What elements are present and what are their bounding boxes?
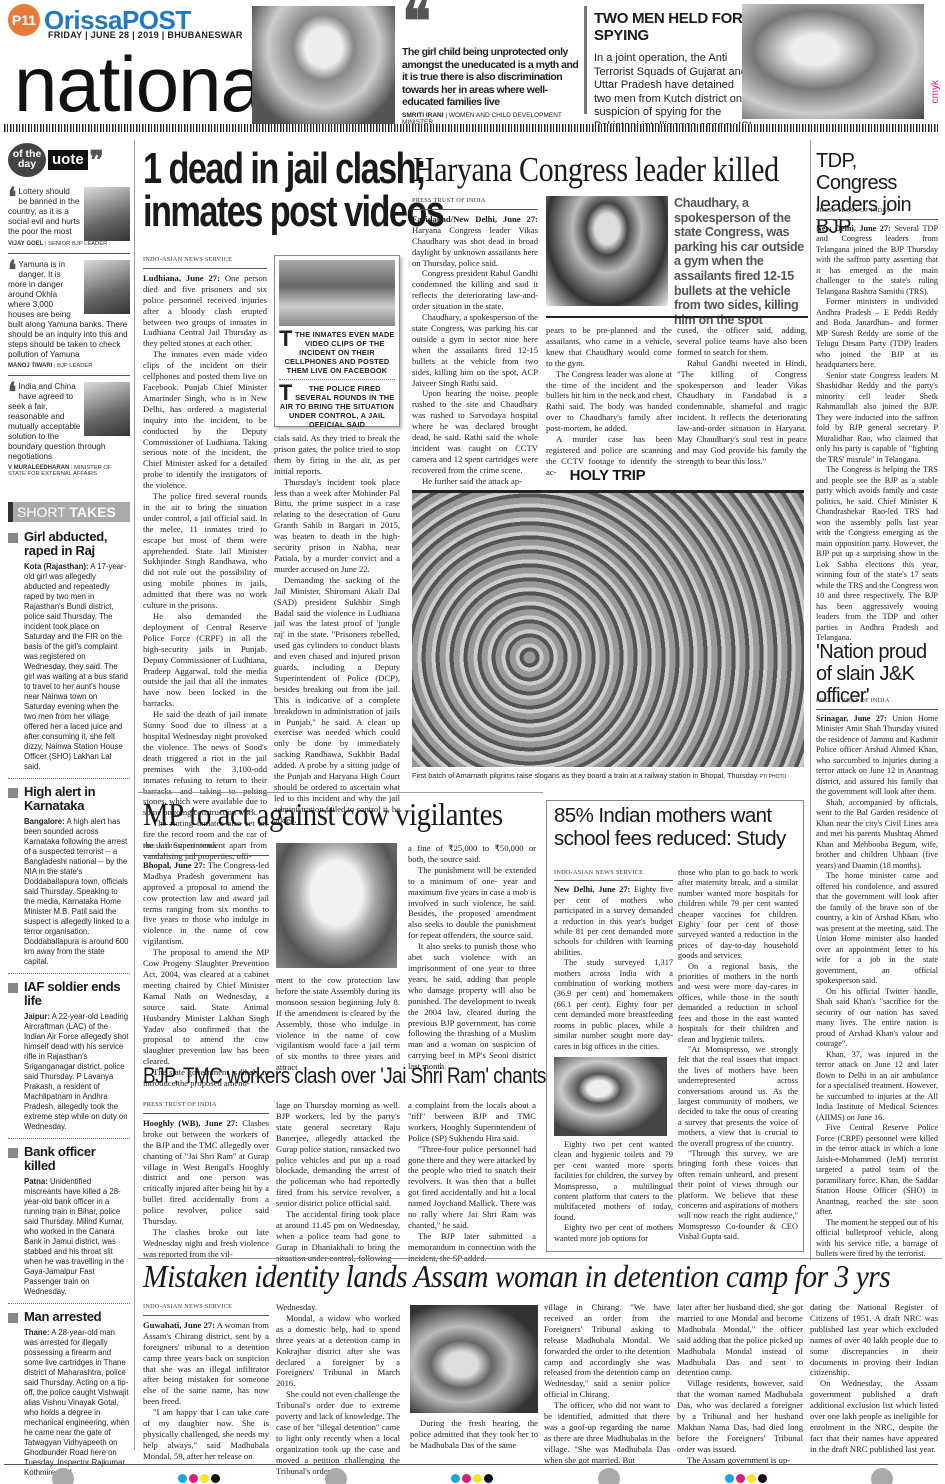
holy-trip-caption: First batch of Amarnath pilgrims raise s… — [412, 771, 786, 780]
tmc-col3: a complaint from the locals about a "tif… — [408, 1100, 536, 1264]
jail-story-col2: cials said. As they tried to break the p… — [274, 433, 400, 826]
registration-marks — [0, 1468, 945, 1484]
rule — [546, 316, 808, 318]
short-take-item: Bank officer killed Patna: Unidentified … — [8, 1145, 130, 1297]
tmc-col1: PRESS TRUST OF INDIA Hooghly (WB), June … — [143, 1100, 269, 1260]
pull-quote: TTHE POLICE FIRED SEVERAL ROUNDS IN THE … — [279, 384, 395, 429]
quote-icon: ❛ — [8, 187, 16, 207]
jail-police-photo — [279, 260, 395, 326]
footer-rule — [4, 1464, 938, 1465]
short-take-item: Girl abducted, raped in Raj Kota (Rajast… — [8, 530, 130, 772]
top-quote-text: The girl child being unprotected only am… — [402, 46, 582, 108]
quote-mark-icon: ❞ — [90, 150, 104, 170]
short-take-item: High alert in Karnataka Bangalore: A hig… — [8, 785, 130, 967]
mothers-col1: INDO-ASIAN NEWS SERVICE New Delhi, June … — [554, 868, 673, 1052]
cow-headline: MP to act against cow vigilantes — [143, 796, 503, 833]
amarnath-pilgrims-photo — [412, 493, 804, 767]
rule — [138, 792, 543, 793]
madhubala-photo — [410, 1305, 538, 1413]
column-divider — [134, 140, 135, 1450]
assam-col4: village in Chirang. "We have received an… — [544, 1302, 670, 1466]
section-title: national — [14, 45, 279, 123]
haryana-side-pull: Chaudhary, a spokesperson of the state C… — [674, 196, 806, 327]
haryana-col3: cused, the officer said, adding, several… — [677, 325, 807, 467]
otd-quote-3: ❛India and China have agreed to seek a f… — [8, 382, 130, 477]
assam-col2: Wednesday. Mondal, a widow who worked as… — [276, 1302, 400, 1477]
otd-label: uote — [48, 150, 88, 170]
logo-text: OrissaPOST — [44, 8, 191, 32]
page-number-badge: P11 — [8, 4, 40, 36]
jail-pull-box: TTHE INMATES EVEN MADE VIDEO CLIPS OF TH… — [274, 255, 400, 427]
registration-mark-icon — [325, 1468, 347, 1484]
divider — [584, 6, 587, 114]
cmyk-dots-icon — [724, 1470, 768, 1484]
cow-col2: ment to the cow protection law before th… — [276, 975, 400, 1073]
quote-icon: ❛ — [8, 260, 16, 280]
mothers-headline: 85% Indian mothers want school fees redu… — [554, 804, 804, 850]
manoj-tiwari-photo — [84, 260, 130, 314]
assam-col1: INDO-ASIAN NEWS SERVICE Guwahati, June 2… — [143, 1302, 269, 1462]
handcuffs-photo — [742, 4, 924, 119]
mothers-family-photo — [554, 1057, 667, 1136]
assam-col6: dating the National Register of Citizens… — [810, 1302, 938, 1455]
tdp-body: PRESS TRUST OF INDIA New Delhi, June 27:… — [816, 206, 938, 644]
cmyk-dots-icon — [177, 1470, 221, 1484]
header-rule — [4, 124, 938, 132]
tmc-col2: lage on Thursday morning as well. BJP wo… — [276, 1100, 400, 1264]
jk-body: PRESS TRUST OF INDIA Srinagar, June 27: … — [816, 696, 938, 1260]
jail-story-col1: INDO-ASIAN NEWS SERVICE Ludhiana, June 2… — [143, 255, 267, 862]
mothers-col1b: Eighty two per cent wanted clean and hyg… — [554, 1140, 673, 1244]
mothers-col2: those who plan to go back to work after … — [678, 868, 798, 1243]
vijay-goel-photo — [84, 187, 130, 241]
spy-headline: TWO MEN HELD FOR SPYING — [594, 10, 752, 44]
haryana-col1: PRESS TRUST OF INDIA Faridabad/New Delhi… — [412, 196, 538, 487]
cow-photo — [276, 843, 397, 968]
top-quote: ❝ The girl child being unprotected only … — [402, 6, 582, 126]
quote-mark-icon: ❝ — [402, 6, 582, 38]
jail-story-headline: 1 dead in jail clash; inmates post video… — [143, 148, 413, 234]
spy-body: In a joint operation, the Anti Terrorist… — [594, 52, 752, 134]
otd-quote-1: ❛Lottery should be banned in the country… — [8, 187, 130, 247]
assam-col3: During the fresh hearing, the police adm… — [410, 1418, 538, 1451]
otd-bubble: of the day — [8, 143, 46, 177]
smriti-irani-photo — [252, 6, 395, 124]
registration-mark-icon — [52, 1468, 74, 1484]
registration-mark-icon — [871, 1468, 893, 1484]
haryana-headline: Haryana Congress leader killed — [413, 150, 779, 190]
short-take-item: Man arrested Thane: A 28-year-old man wa… — [8, 1310, 130, 1478]
holy-trip-headline: HOLY TRIP — [405, 467, 810, 484]
vikas-chaudhary-photo — [546, 196, 668, 306]
short-take-item: IAF soldier ends life Jaipur: A 22-year-… — [8, 980, 130, 1132]
cow-col1: PRESS TRUST OF INDIA Bhopal, June 27: Th… — [143, 842, 269, 1089]
pull-quote: TTHE INMATES EVEN MADE VIDEO CLIPS OF TH… — [279, 330, 395, 375]
assam-headline: Mistaken identity lands Assam woman in d… — [143, 1258, 890, 1295]
registration-mark-icon — [598, 1468, 620, 1484]
short-takes: SHORT TAKES Girl abducted, raped in Raj … — [8, 502, 130, 1478]
quote-of-the-day: of the day uote ❞ ❛Lottery should be ban… — [8, 143, 130, 477]
masthead-date: FRIDAY | JUNE 28 | 2019 | BHUBANESWAR — [48, 30, 243, 40]
column-divider — [810, 140, 811, 1260]
cmyk-dots-icon — [450, 1470, 494, 1484]
short-takes-label: SHORT TAKES — [8, 502, 130, 522]
tmc-headline: BJP, TMC workers clash over 'Jai Shri Ra… — [143, 1063, 546, 1089]
muraleedharan-photo — [84, 382, 130, 436]
otd-quote-2: ❛Yamuna is in danger. It is more in dang… — [8, 260, 130, 369]
assam-col5: later after her husband died, she got ma… — [677, 1302, 803, 1466]
quote-icon: ❛ — [8, 382, 16, 402]
spy-box: TWO MEN HELD FOR SPYING In a joint opera… — [594, 10, 752, 134]
haryana-col2: pears to be pre-planned and the assailan… — [546, 325, 672, 478]
cmyk-side-label: cmyk — [930, 80, 941, 103]
cow-col3: a fine of ₹25,000 to ₹50,000 or both, th… — [408, 843, 536, 1072]
top-quote-name: SMRITI IRANI — [402, 112, 444, 119]
